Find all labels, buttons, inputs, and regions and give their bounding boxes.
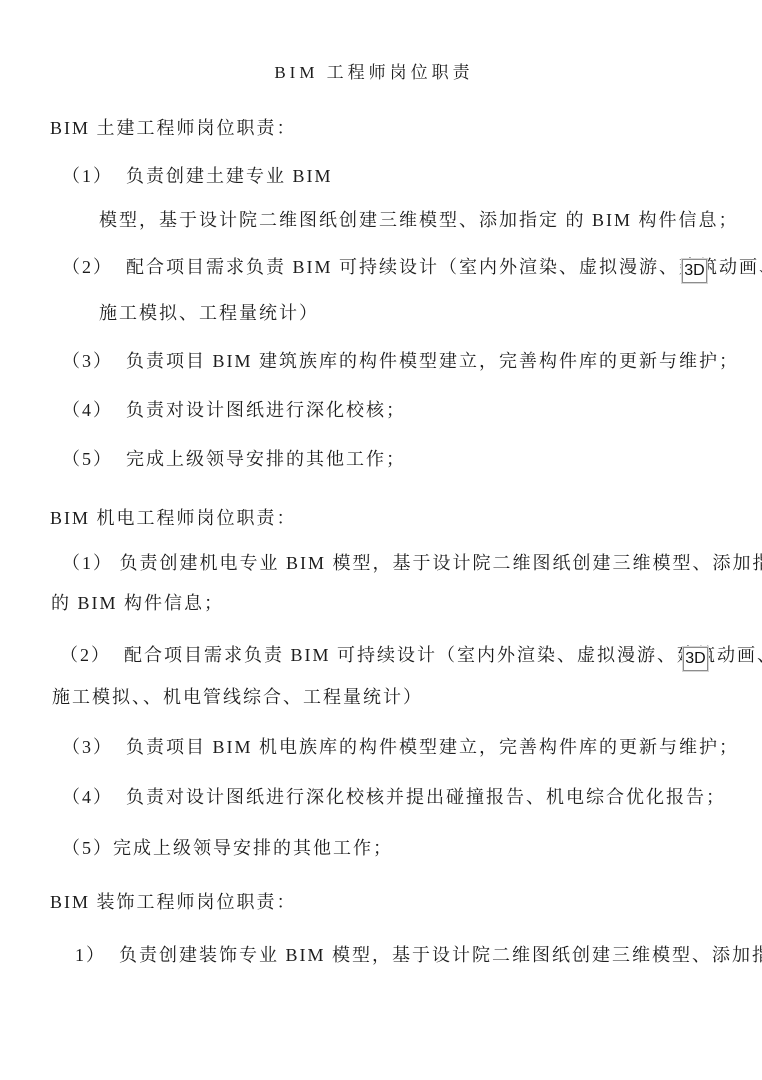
item-line: 1） 负责创建装饰专业 BIM 模型，基于设计院二维图纸创建三维模型、添加指定 xyxy=(75,943,762,967)
item-line: 模型，基于设计院二维图纸创建三维模型、添加指定 的 BIM 构件信息； xyxy=(99,208,739,232)
section-heading-decoration: BIM 装饰工程师岗位职责： xyxy=(50,888,297,914)
page-title: BIM 工程师岗位职责 xyxy=(0,58,748,83)
document-page: BIM 工程师岗位职责 BIM 土建工程师岗位职责： （1） 负责创建土建专业 … xyxy=(0,0,762,1080)
item-line: （3） 负责项目 BIM 机电族库的构件模型建立，完善构件库的更新与维护； xyxy=(62,735,739,759)
item-line: （1） 负责创建机电专业 BIM 模型，基于设计院二维图纸创建三维模型、添加指定 xyxy=(62,551,762,575)
section-heading-mep: BIM 机电工程师岗位职责： xyxy=(50,504,297,530)
item-line: （1） 负责创建土建专业 BIM xyxy=(62,164,333,188)
item-line: 的 BIM 构件信息； xyxy=(51,591,224,615)
item-line: （2） 配合项目需求负责 BIM 可持续设计（室内外渲染、虚拟漫游、建筑动画、 xyxy=(62,255,762,279)
3d-badge: 3D xyxy=(682,259,707,283)
item-line: （5）完成上级领导安排的其他工作； xyxy=(62,836,393,860)
3d-badge: 3D xyxy=(683,647,708,671)
item-line: （5） 完成上级领导安排的其他工作； xyxy=(62,447,406,471)
item-line: （3） 负责项目 BIM 建筑族库的构件模型建立，完善构件库的更新与维护； xyxy=(62,349,739,373)
item-line: （2） 配合项目需求负责 BIM 可持续设计（室内外渲染、虚拟漫游、建筑动画、 xyxy=(60,643,762,667)
section-heading-civil: BIM 土建工程师岗位职责： xyxy=(50,114,297,140)
item-line: （4） 负责对设计图纸进行深化校核并提出碰撞报告、机电综合优化报告； xyxy=(62,785,726,809)
item-line: 施工模拟、工程量统计） xyxy=(99,301,319,325)
item-line: 施工模拟、、机电管线综合、工程量统计） xyxy=(52,685,423,709)
item-line: （4） 负责对设计图纸进行深化校核； xyxy=(62,398,406,422)
